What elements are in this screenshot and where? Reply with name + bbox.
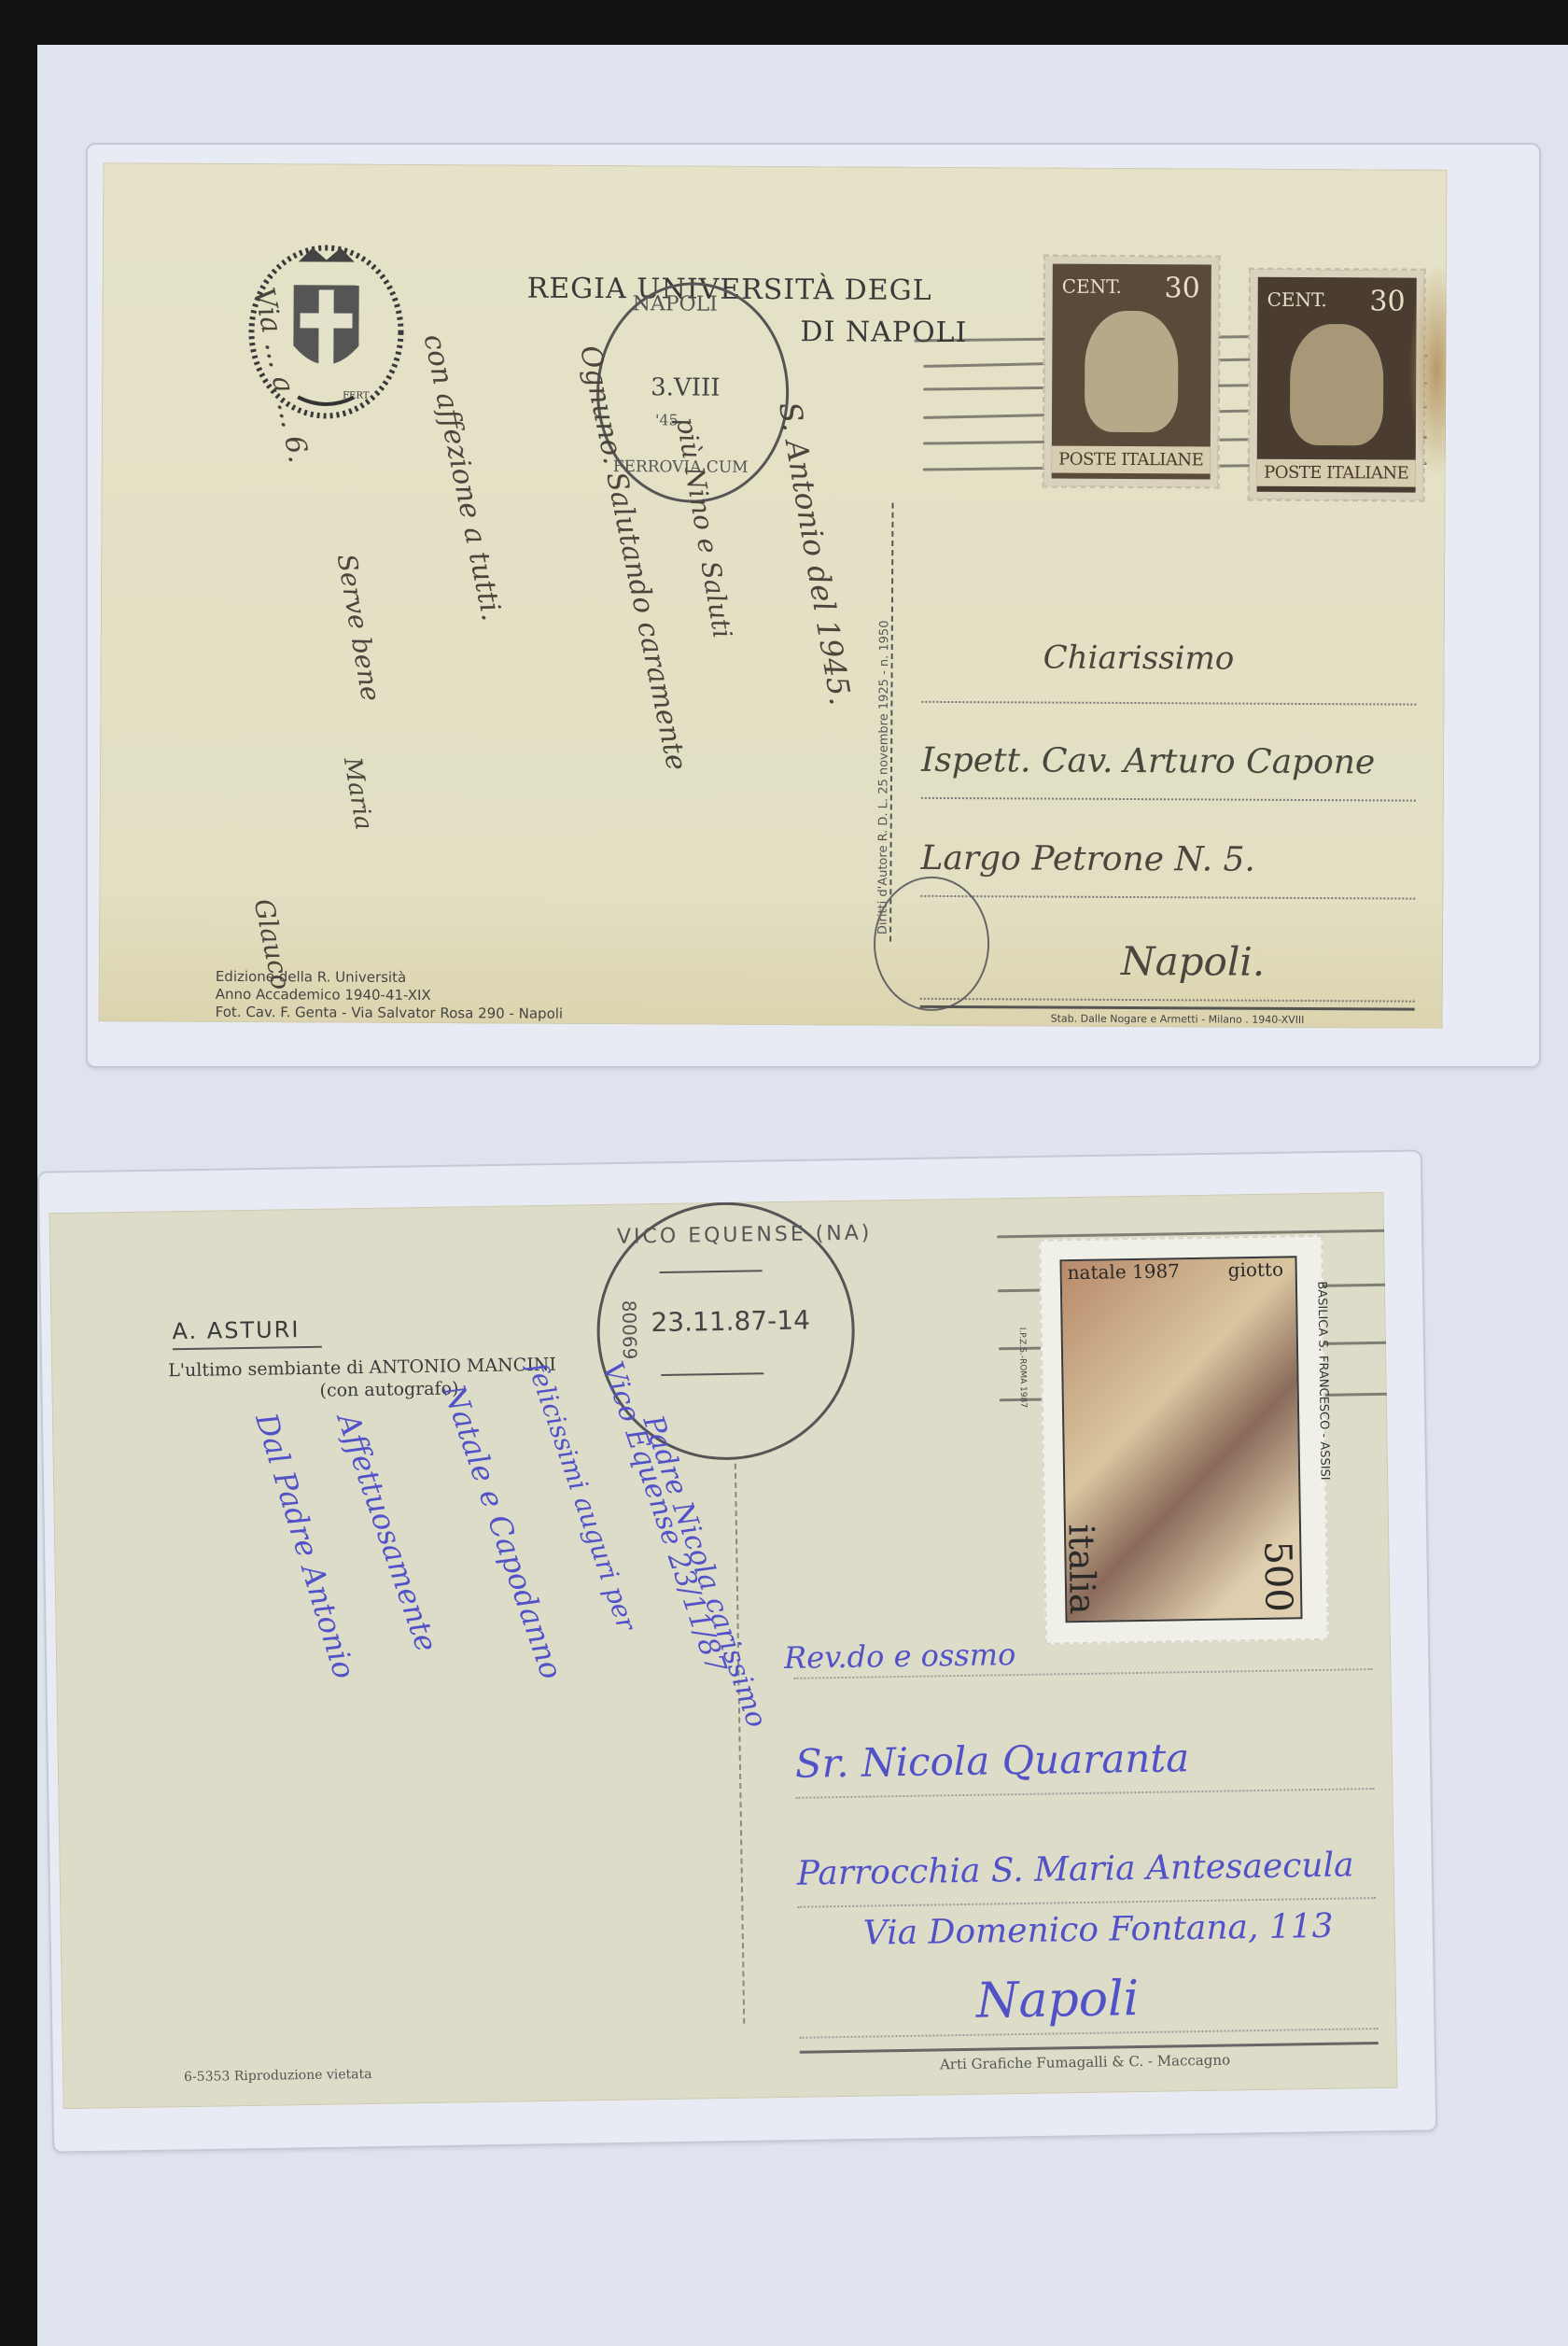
- album-page: FERT REGIA UNIVERSITÀ DEGL DI NAPOLI NAP…: [37, 45, 1568, 2346]
- imprint-right: Stab. Dalle Nogare e Armetti - Milano . …: [1051, 1013, 1305, 1026]
- address-line-3: Parrocchia S. Maria Antesaecula: [796, 1846, 1353, 1892]
- postcard-mancini: A. ASTURI L'ultimo sembiante di ANTONIO …: [49, 1192, 1398, 2109]
- stain: [1408, 263, 1448, 478]
- address-line-2: Sr. Nicola Quaranta: [795, 1735, 1190, 1787]
- coat-motto: FERT: [343, 391, 369, 401]
- card-subtitle-1: L'ultimo sembiante di ANTONIO MANCINI: [168, 1355, 556, 1382]
- postcard-university: FERT REGIA UNIVERSITÀ DEGL DI NAPOLI NAP…: [99, 162, 1448, 1029]
- card-title: A. ASTURI: [172, 1316, 322, 1351]
- university-header-line2: DI NAPOLI: [800, 316, 967, 349]
- copyright-vertical: Diritti d'Autore R. D. L. 25 novembre 19…: [876, 496, 892, 934]
- imprint-right: Arti Grafiche Fumagalli & C. - Maccagno: [940, 2052, 1230, 2073]
- imprint-left: Edizione della R. Università Anno Accade…: [216, 968, 564, 1023]
- imprint-left: 6-5353 Riproduzione vietata: [184, 2067, 372, 2085]
- stamp-30-cent-2: CENT. 30 POSTE ITALIANE: [1250, 270, 1424, 500]
- address-line-5: Napoli: [975, 1971, 1139, 2030]
- stamp-natale-1987: natale 1987 giotto italia 500 BASILICA S…: [1039, 1235, 1329, 1645]
- postmark-small: [874, 877, 990, 1012]
- address-line-4: Napoli.: [1121, 938, 1265, 985]
- address-line-1: Rev.do e ossmo: [784, 1637, 1016, 1676]
- stamp-30-cent-1: CENT. 30 POSTE ITALIANE: [1044, 257, 1219, 487]
- address-line-3: Largo Petrone N. 5.: [920, 839, 1255, 879]
- address-line-2: Ispett. Cav. Arturo Capone: [921, 741, 1375, 782]
- address-line-1: Chiarissimo: [1043, 639, 1235, 678]
- address-line-4: Via Domenico Fontana, 113: [862, 1907, 1333, 1953]
